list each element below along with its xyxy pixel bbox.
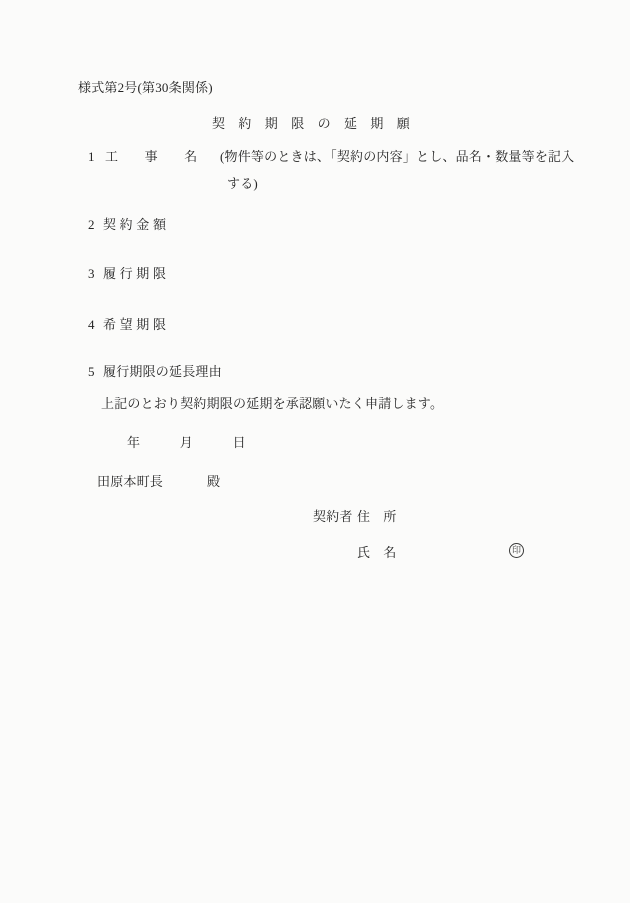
document-title: 契 約 期 限 の 延 期 願 bbox=[212, 117, 410, 130]
item-1-number: 1 bbox=[88, 150, 95, 163]
item-2-label: 契 約 金 額 bbox=[103, 218, 166, 231]
item-1-note-line1: (物件等のときは、「契約の内容」とし、品名・数量等を記入 bbox=[220, 150, 574, 163]
item-5-number: 5 bbox=[88, 365, 95, 378]
addressee-name: 田原本町長 bbox=[97, 475, 163, 488]
item-1-note-line2: する) bbox=[227, 177, 258, 190]
item-5-label: 履行期限の延長理由 bbox=[103, 365, 222, 378]
form-number: 様式第2号(第30条関係) bbox=[78, 81, 213, 94]
document-page: 様式第2号(第30条関係) 契 約 期 限 の 延 期 願 1 工 事 名 (物… bbox=[0, 0, 630, 903]
seal-icon: 印 bbox=[509, 543, 524, 558]
address-label: 住 所 bbox=[357, 510, 397, 523]
item-3-number: 3 bbox=[88, 267, 95, 280]
item-2-number: 2 bbox=[88, 218, 95, 231]
item-3-label: 履 行 期 限 bbox=[103, 267, 166, 280]
item-1-label: 工 事 名 bbox=[105, 150, 197, 163]
item-4-label: 希 望 期 限 bbox=[103, 318, 166, 331]
item-4-number: 4 bbox=[88, 318, 95, 331]
name-label: 氏 名 bbox=[357, 546, 397, 559]
contractor-label: 契約者 bbox=[313, 510, 353, 523]
addressee-honorific: 殿 bbox=[207, 475, 220, 488]
date-line: 年 月 日 bbox=[127, 436, 246, 449]
seal-character: 印 bbox=[512, 546, 521, 555]
request-statement: 上記のとおり契約期限の延期を承認願いたく申請します。 bbox=[101, 397, 443, 410]
